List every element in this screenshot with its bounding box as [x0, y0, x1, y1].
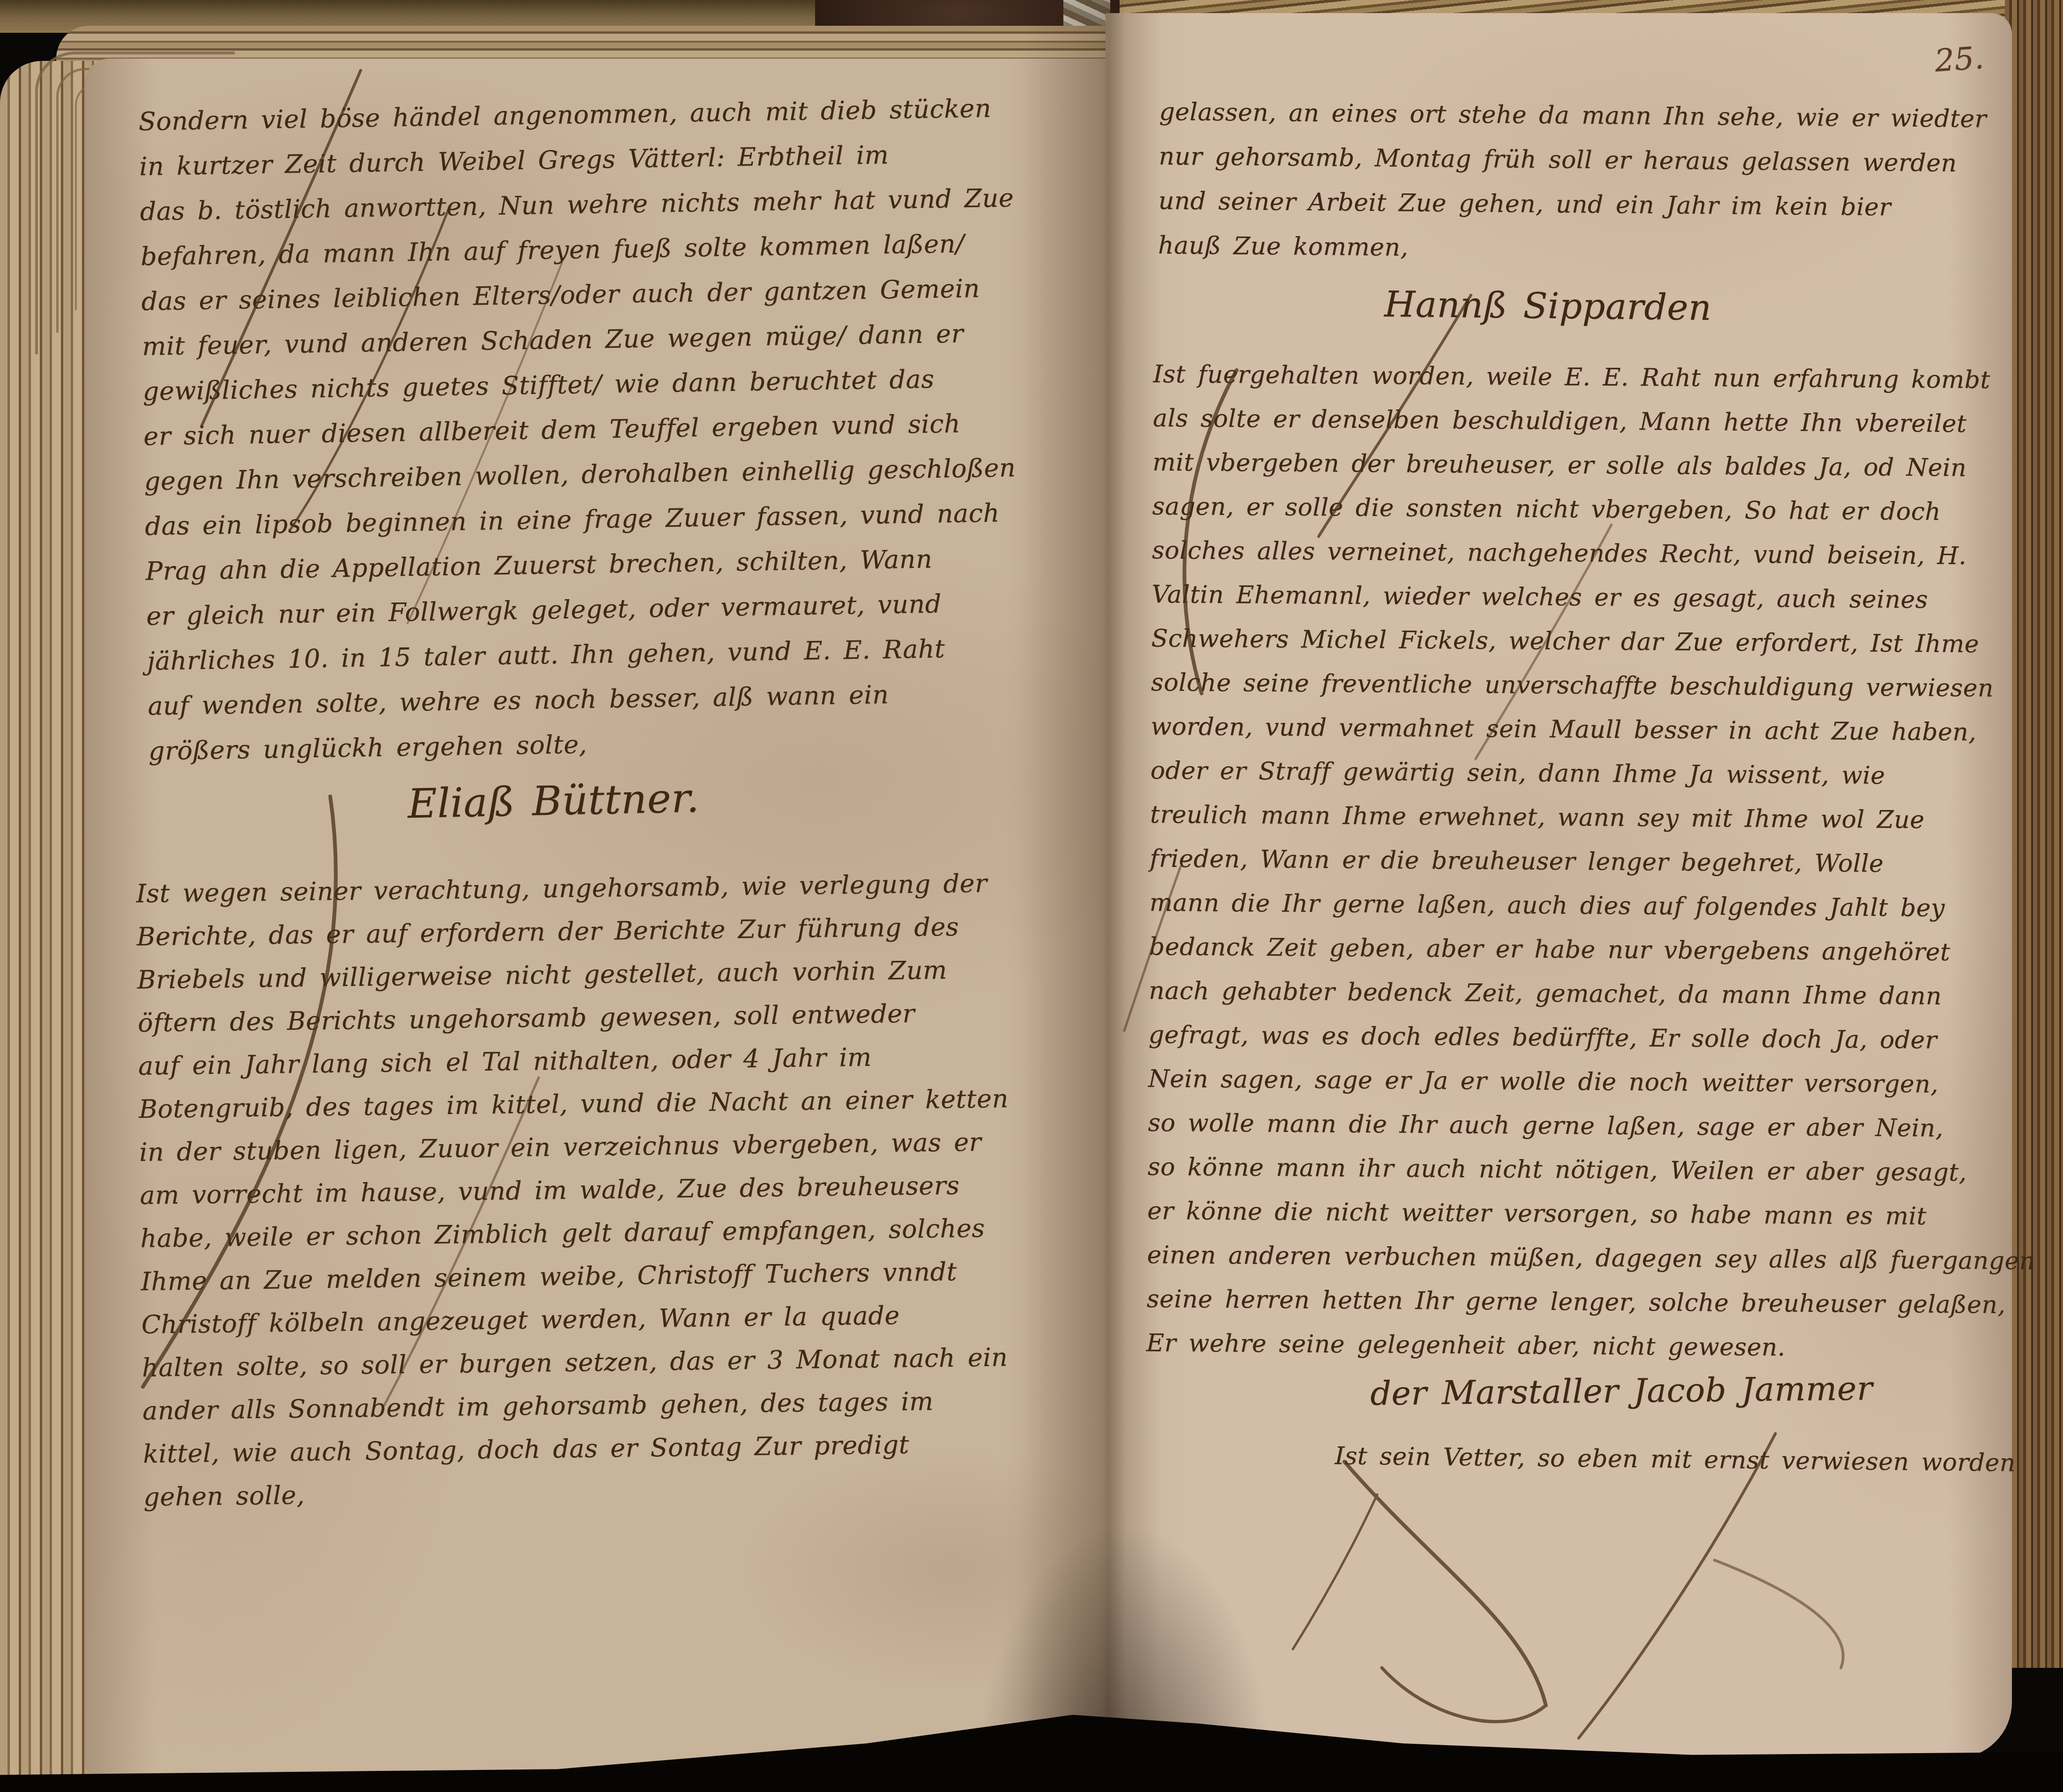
manuscript-line: solches alles verneinet, nachgehendes Re… [1152, 528, 2014, 579]
left-entry-1-text: Sondern viel böse händel angenommen, auc… [138, 85, 1029, 773]
manuscript-line: Valtin Ehemannl, wieder welches er es ge… [1151, 573, 2014, 623]
manuscript-photo: 25. Sondern viel böse händel angenommen,… [0, 0, 2063, 1792]
manuscript-line: sagen, er solle die sonsten nicht vberge… [1152, 484, 2014, 535]
manuscript-line: nur gehorsamb, Montag früh soll er herau… [1158, 134, 2002, 186]
manuscript-line: solche seine freventliche unverschaffte … [1151, 661, 2013, 711]
manuscript-line: und seiner Arbeit Zue gehen, und ein Jah… [1158, 179, 2002, 231]
right-entry-heading-2: der Marstaller Jacob Jammer [1370, 1369, 1873, 1413]
manuscript-line: worden, vund vermahnet sein Maull besser… [1150, 705, 2013, 755]
manuscript-line: seine herren hetten Ihr gerne lenger, so… [1147, 1277, 2009, 1327]
manuscript-line: so wolle mann die Ihr auch gerne laßen, … [1148, 1101, 2010, 1151]
manuscript-line: mann die Ihr gerne laßen, auch dies auf … [1149, 881, 2011, 931]
manuscript-line: gelassen, an eines ort stehe da mann Ihn… [1159, 90, 2003, 142]
manuscript-line: nach gehabter bedenck Zeit, gemachet, da… [1149, 969, 2011, 1019]
manuscript-line: Nein sagen, sage er Ja er wolle die noch… [1148, 1057, 2011, 1107]
right-entry-1-text: gelassen, an eines ort stehe da mann Ihn… [1158, 90, 2003, 275]
book-cover-fore-edge [2005, 0, 2063, 1668]
manuscript-line: gefragt, was es doch edles bedürffte, Er… [1149, 1013, 2011, 1063]
right-entry-2-text: Ist fuergehalten worden, weile E. E. Rah… [1146, 352, 2015, 1371]
manuscript-line: einen anderen verbuchen müßen, dagegen s… [1147, 1233, 2009, 1283]
folio-number: 25. [1933, 39, 1985, 79]
manuscript-line: er könne die nicht weitter versorgen, so… [1147, 1189, 2010, 1239]
manuscript-line: bedanck Zeit geben, aber er habe nur vbe… [1149, 925, 2011, 975]
manuscript-line: frieden, Wann er die breuheuser lenger b… [1150, 837, 2012, 887]
left-entry-2-text: Ist wegen seiner verachtung, ungehorsamb… [136, 862, 1024, 1519]
right-entry-heading-1: Hannß Sipparden [1384, 283, 1712, 328]
manuscript-line: oder er Straff gewärtig sein, dann Ihme … [1150, 749, 2012, 799]
manuscript-line: Ist fuergehalten worden, weile E. E. Rah… [1153, 352, 2015, 402]
left-entry-heading: Eliaß Büttner. [407, 774, 700, 827]
manuscript-line: mit vbergeben der breuheuser, er solle a… [1152, 440, 2015, 491]
manuscript-line: so könne mann ihr auch nicht nötigen, We… [1148, 1145, 2010, 1195]
manuscript-line: Ist sein Vetter, so eben mit ernst verwi… [1335, 1435, 2014, 1485]
manuscript-line: hauß Zue kommen, [1158, 223, 2002, 275]
manuscript-line: Schwehers Michel Fickels, welcher dar Zu… [1151, 617, 2013, 667]
manuscript-line: Er wehre seine gelegenheit aber, nicht g… [1146, 1321, 2009, 1371]
right-entry-3-text: Ist sein Vetter, so eben mit ernst verwi… [1335, 1435, 2014, 1485]
manuscript-line: treulich mann Ihme erwehnet, wann sey mi… [1150, 793, 2012, 843]
manuscript-line: als solte er denselben beschuldigen, Man… [1153, 396, 2015, 446]
